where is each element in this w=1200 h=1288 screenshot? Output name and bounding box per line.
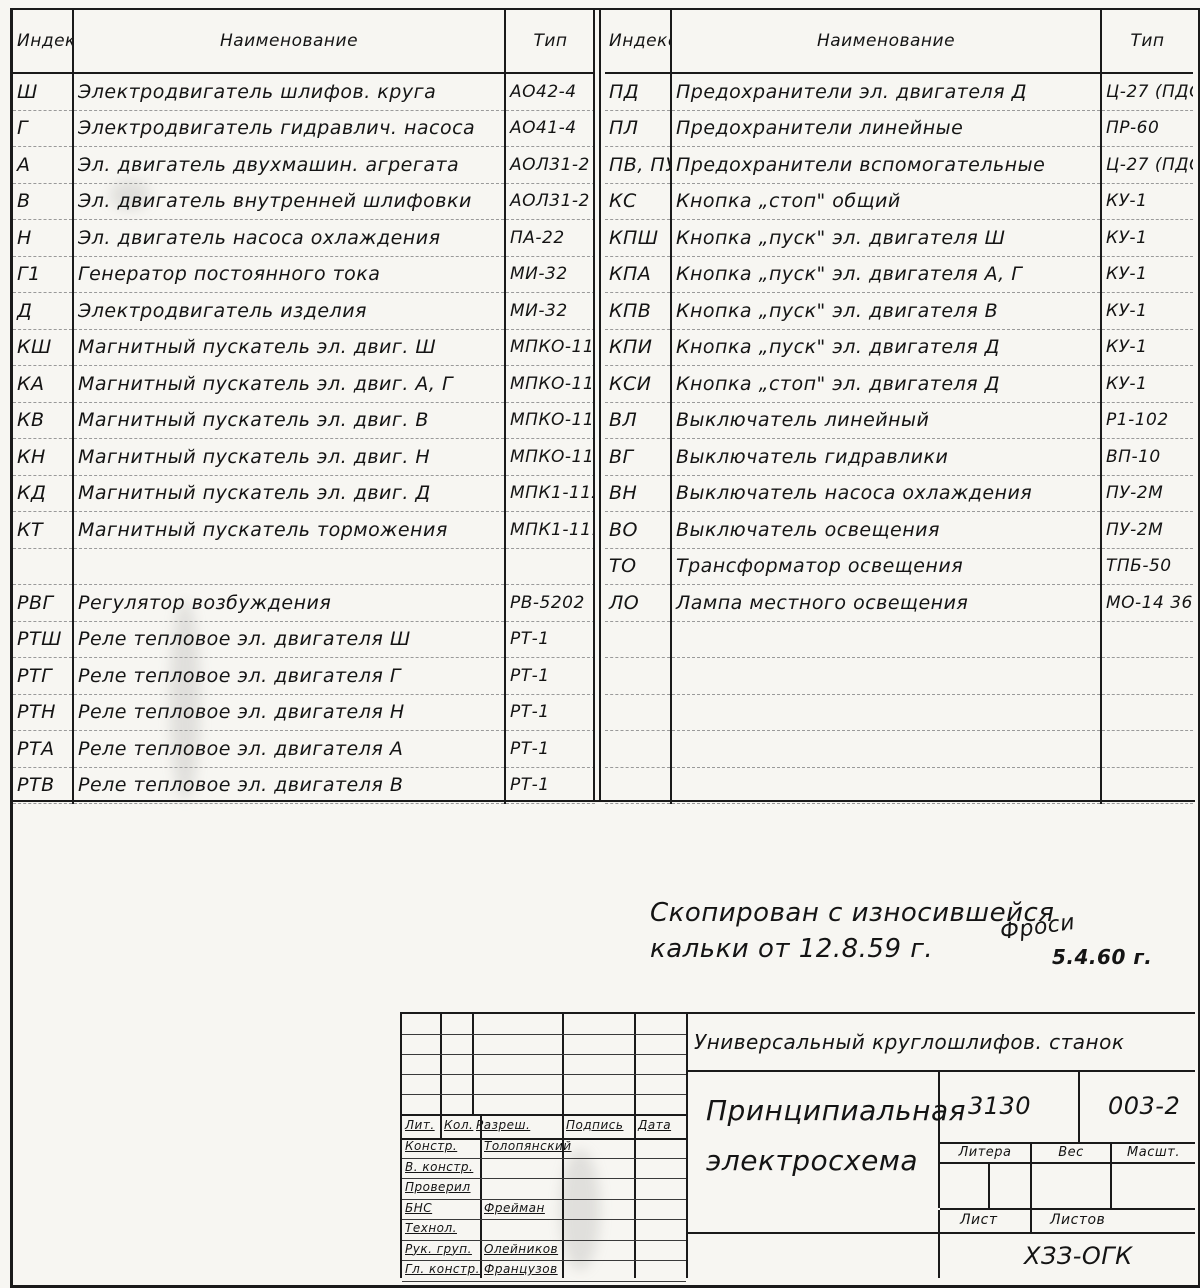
cell-name: Генератор постоянного тока — [73, 256, 505, 293]
table-row: РТАРеле тепловое эл. двигателя АРТ-1 — [13, 731, 595, 768]
cell-type: МПКО-110 — [505, 439, 595, 476]
approval-role: Проверил — [405, 1180, 471, 1194]
copy-note-line1: Скопирован с износившейся — [650, 895, 1054, 931]
cell-type: МПКО-110 — [505, 366, 595, 403]
cell-type: МПК1-111 — [505, 512, 595, 549]
cell-type: РВ-5202 — [505, 585, 595, 622]
table-row: РТНРеле тепловое эл. двигателя НРТ-1 — [13, 694, 595, 731]
table-row: КШМагнитный пускатель эл. двиг. ШМПКО-11… — [13, 329, 595, 366]
approval-name: Толопянский — [484, 1139, 572, 1153]
cell-name: Выключатель гидравлики — [671, 439, 1101, 476]
sheet-cell: Лист — [940, 1210, 1032, 1234]
cell-index: Г — [13, 110, 73, 147]
table-row: КСКнопка „стоп" общийКУ-1 — [605, 183, 1193, 220]
double-divider — [593, 10, 601, 800]
cell-type: МПКО-110 — [505, 402, 595, 439]
cell-index: ПД — [605, 73, 671, 110]
model-number: 3130 — [968, 1092, 1031, 1120]
cell-index: ВО — [605, 512, 671, 549]
cell-index: ПВ, ПУ — [605, 147, 671, 184]
table-row: РВГРегулятор возбужденияРВ-5202 — [13, 585, 595, 622]
table-bottom-rule — [13, 800, 1195, 802]
left-spec-table: Индекс Наименование Тип ШЭлектродвигател… — [13, 10, 595, 804]
table-row: Г1Генератор постоянного токаМИ-32 — [13, 256, 595, 293]
table-row: КПВКнопка „пуск" эл. двигателя ВКУ-1 — [605, 293, 1193, 330]
approval-name: Французов — [484, 1262, 558, 1276]
cell-type: РТ-1 — [505, 731, 595, 768]
product-name: Универсальный круглошлифов. станок — [694, 1030, 1124, 1054]
cell-name — [671, 767, 1101, 804]
cell-index: КПВ — [605, 293, 671, 330]
cell-name: Выключатель линейный — [671, 402, 1101, 439]
approval-row: Проверил — [402, 1179, 686, 1200]
approval-role: Констр. — [405, 1139, 457, 1153]
cell-type: РТ-1 — [505, 694, 595, 731]
cell-index: КС — [605, 183, 671, 220]
cell-name — [671, 621, 1101, 658]
cell-index: КПА — [605, 256, 671, 293]
cell-name: Магнитный пускатель торможения — [73, 512, 505, 549]
model-cell: 3130 — [940, 1072, 1080, 1144]
cell-index: ВН — [605, 475, 671, 512]
table-row: ПЛПредохранители линейныеПР-60 — [605, 110, 1193, 147]
cell-index: Г1 — [13, 256, 73, 293]
header-name: Наименование — [73, 10, 505, 73]
cell-index: КПИ — [605, 329, 671, 366]
scale-cell: Масшт. — [1112, 1144, 1195, 1210]
cell-name: Кнопка „пуск" эл. двигателя В — [671, 293, 1101, 330]
cell-index: ТО — [605, 548, 671, 585]
cell-type — [1101, 767, 1193, 804]
cell-type: КУ-1 — [1101, 220, 1193, 257]
table-row — [13, 548, 595, 585]
cell-name: Магнитный пускатель эл. двиг. Д — [73, 475, 505, 512]
cell-type: Ц-27 (ПДС-2) — [1101, 73, 1193, 110]
table-row: ВНВыключатель насоса охлажденияПУ-2М — [605, 475, 1193, 512]
table-row: КПШКнопка „пуск" эл. двигателя ШКУ-1 — [605, 220, 1193, 257]
cell-index: РТГ — [13, 658, 73, 695]
cell-name: Выключатель освещения — [671, 512, 1101, 549]
approval-row: Технол. — [402, 1220, 686, 1241]
table-row: КАМагнитный пускатель эл. двиг. А, ГМПКО… — [13, 366, 595, 403]
cell-index: КД — [13, 475, 73, 512]
right-table-body: ПДПредохранители эл. двигателя ДЦ-27 (ПД… — [605, 73, 1193, 804]
cell-index — [13, 548, 73, 585]
cell-name: Кнопка „пуск" эл. двигателя Д — [671, 329, 1101, 366]
table-row: РТВРеле тепловое эл. двигателя ВРТ-1 — [13, 767, 595, 804]
left-table-body: ШЭлектродвигатель шлифов. кругаАО42-4ГЭл… — [13, 73, 595, 804]
sheets-label: Листов — [1050, 1212, 1105, 1228]
cell-type — [1101, 694, 1193, 731]
table-row — [605, 621, 1193, 658]
sheets-cell: Листов — [1032, 1210, 1195, 1234]
document-title-line2: электросхема — [706, 1144, 918, 1177]
table-row: ГЭлектродвигатель гидравлич. насосаАО41-… — [13, 110, 595, 147]
cell-index: Н — [13, 220, 73, 257]
cell-index — [605, 694, 671, 731]
cell-type: РТ-1 — [505, 767, 595, 804]
approval-row: Рук. груп.Олейников — [402, 1241, 686, 1262]
table-row: КТМагнитный пускатель торможенияМПК1-111 — [13, 512, 595, 549]
approval-row: Гл. констр.Французов — [402, 1261, 686, 1282]
doc-number: 003-2 — [1108, 1092, 1180, 1120]
table-row: КДМагнитный пускатель эл. двиг. ДМПК1-11… — [13, 475, 595, 512]
table-row — [605, 658, 1193, 695]
approval-role: Рук. груп. — [405, 1242, 472, 1256]
cell-type: ПР-60 — [1101, 110, 1193, 147]
cell-type: ПУ-2М — [1101, 475, 1193, 512]
cell-name: Электродвигатель гидравлич. насоса — [73, 110, 505, 147]
doc-number-cell: 003-2 — [1080, 1072, 1195, 1144]
table-header-row: Индекс Наименование Тип — [13, 10, 595, 73]
table-row: ЛОЛампа местного освещенияМО-14 36 В. 50… — [605, 585, 1193, 622]
cell-index — [605, 731, 671, 768]
cell-type — [1101, 621, 1193, 658]
cell-type: МПК1-112 — [505, 475, 595, 512]
cell-name: Электродвигатель шлифов. круга — [73, 73, 505, 110]
litera-cell: Литера — [940, 1144, 1032, 1210]
cell-index: КН — [13, 439, 73, 476]
cell-type: КУ-1 — [1101, 329, 1193, 366]
cell-name: Кнопка „пуск" эл. двигателя А, Г — [671, 256, 1101, 293]
table-row: РТШРеле тепловое эл. двигателя ШРТ-1 — [13, 621, 595, 658]
title-block-main: Универсальный круглошлифов. станок Принц… — [686, 1014, 1195, 1278]
approval-row: Констр.Толопянский — [402, 1138, 686, 1159]
cell-index: КА — [13, 366, 73, 403]
header-index: Индекс — [13, 10, 73, 73]
cell-name: Регулятор возбуждения — [73, 585, 505, 622]
title-block: Лит. Кол. Разреш. Подпись Дата Констр.То… — [400, 1012, 1195, 1278]
cell-type: АОЛ31-2 — [505, 183, 595, 220]
table-row: НЭл. двигатель насоса охлажденияПА-22 — [13, 220, 595, 257]
cell-type: МИ-32 — [505, 256, 595, 293]
cell-name: Предохранители вспомогательные — [671, 147, 1101, 184]
cell-index: ПЛ — [605, 110, 671, 147]
cell-index: КСИ — [605, 366, 671, 403]
cell-name: Лампа местного освещения — [671, 585, 1101, 622]
table-row: ВОВыключатель освещенияПУ-2М — [605, 512, 1193, 549]
approval-role: Технол. — [405, 1221, 457, 1235]
cell-name: Кнопка „пуск" эл. двигателя Ш — [671, 220, 1101, 257]
cell-index: А — [13, 147, 73, 184]
col-kol: Кол. — [444, 1118, 473, 1132]
approval-row: В. констр. — [402, 1159, 686, 1180]
cell-type: Р1-102 — [1101, 402, 1193, 439]
cell-type: АОЛ31-2 — [505, 147, 595, 184]
cell-type: МПКО-110 — [505, 329, 595, 366]
cell-type: ВП-10 — [1101, 439, 1193, 476]
table-row: КПИКнопка „пуск" эл. двигателя ДКУ-1 — [605, 329, 1193, 366]
cell-type: РТ-1 — [505, 658, 595, 695]
cell-index: РТВ — [13, 767, 73, 804]
cell-index: КШ — [13, 329, 73, 366]
table-row: ПВ, ПУПредохранители вспомогательныеЦ-27… — [605, 147, 1193, 184]
table-row: ТОТрансформатор освещенияТПБ-50 — [605, 548, 1193, 585]
approval-row: БНСФрейман — [402, 1200, 686, 1221]
cell-index: ВГ — [605, 439, 671, 476]
cell-type: КУ-1 — [1101, 256, 1193, 293]
cell-name: Реле тепловое эл. двигателя Г — [73, 658, 505, 695]
cell-index: КВ — [13, 402, 73, 439]
weight-label: Вес — [1032, 1145, 1110, 1164]
litera-label: Литера — [940, 1145, 1030, 1164]
document-title-cell: Принципиальная электросхема — [686, 1072, 940, 1208]
table-row — [605, 767, 1193, 804]
cell-index — [605, 658, 671, 695]
document-title-line1: Принципиальная — [706, 1094, 966, 1127]
header-index: Индекс — [605, 10, 671, 73]
approval-role: Гл. констр. — [405, 1262, 480, 1276]
cell-type — [1101, 731, 1193, 768]
table-row — [605, 694, 1193, 731]
cell-name: Кнопка „стоп" эл. двигателя Д — [671, 366, 1101, 403]
cell-index — [605, 621, 671, 658]
copy-note-line2: кальки от 12.8.59 г. — [650, 931, 1054, 967]
cell-index: ВЛ — [605, 402, 671, 439]
header-name: Наименование — [671, 10, 1101, 73]
cell-name — [671, 731, 1101, 768]
cell-index: Ш — [13, 73, 73, 110]
approval-name: Фрейман — [484, 1201, 545, 1215]
cell-type: КУ-1 — [1101, 293, 1193, 330]
cell-name: Электродвигатель изделия — [73, 293, 505, 330]
cell-index: В — [13, 183, 73, 220]
cell-name: Магнитный пускатель эл. двиг. В — [73, 402, 505, 439]
header-type: Тип — [505, 10, 595, 73]
table-row: РТГРеле тепловое эл. двигателя ГРТ-1 — [13, 658, 595, 695]
cell-type: РТ-1 — [505, 621, 595, 658]
cell-type: КУ-1 — [1101, 366, 1193, 403]
cell-name: Предохранители линейные — [671, 110, 1101, 147]
cell-name: Магнитный пускатель эл. двиг. Н — [73, 439, 505, 476]
cell-name: Кнопка „стоп" общий — [671, 183, 1101, 220]
organization-cell: ХЗЗ-ОГК — [940, 1234, 1195, 1278]
approvals-header: Лит. Кол. Разреш. Подпись Дата — [402, 1114, 686, 1140]
cell-type: ТПБ-50 — [1101, 548, 1193, 585]
revision-grid — [402, 1014, 686, 1114]
cell-name: Реле тепловое эл. двигателя А — [73, 731, 505, 768]
cell-name: Реле тепловое эл. двигателя В — [73, 767, 505, 804]
cell-index: РВГ — [13, 585, 73, 622]
approval-name: Олейников — [484, 1242, 558, 1256]
cell-type: КУ-1 — [1101, 183, 1193, 220]
table-row: ВГВыключатель гидравликиВП-10 — [605, 439, 1193, 476]
cell-name: Эл. двигатель насоса охлаждения — [73, 220, 505, 257]
table-row: ДЭлектродвигатель изделияМИ-32 — [13, 293, 595, 330]
table-row: ВЭл. двигатель внутренней шлифовкиАОЛ31-… — [13, 183, 595, 220]
cell-name — [671, 694, 1101, 731]
right-spec-table: Индекс Наименование Тип ПДПредохранители… — [605, 10, 1193, 804]
cell-index — [605, 767, 671, 804]
table-row: ШЭлектродвигатель шлифов. кругаАО42-4 — [13, 73, 595, 110]
table-row: ВЛВыключатель линейныйР1-102 — [605, 402, 1193, 439]
cell-index: КПШ — [605, 220, 671, 257]
cell-name: Магнитный пускатель эл. двиг. А, Г — [73, 366, 505, 403]
cell-name: Эл. двигатель двухмашин. агрегата — [73, 147, 505, 184]
table-row — [605, 731, 1193, 768]
scale-label: Масшт. — [1112, 1145, 1195, 1164]
table-header-row: Индекс Наименование Тип — [605, 10, 1193, 73]
cell-index: РТН — [13, 694, 73, 731]
col-data: Дата — [638, 1118, 671, 1132]
sheet-label: Лист — [960, 1212, 997, 1228]
cell-type — [505, 548, 595, 585]
cell-type: АО42-4 — [505, 73, 595, 110]
cell-type: МИ-32 — [505, 293, 595, 330]
cell-name: Эл. двигатель внутренней шлифовки — [73, 183, 505, 220]
cell-name: Реле тепловое эл. двигателя Ш — [73, 621, 505, 658]
cell-name: Магнитный пускатель эл. двиг. Ш — [73, 329, 505, 366]
cell-name: Выключатель насоса охлаждения — [671, 475, 1101, 512]
col-razresh: Разреш. — [476, 1118, 530, 1132]
cell-name: Предохранители эл. двигателя Д — [671, 73, 1101, 110]
table-row: КСИКнопка „стоп" эл. двигателя ДКУ-1 — [605, 366, 1193, 403]
weight-cell: Вес — [1032, 1144, 1112, 1210]
table-row: ПДПредохранители эл. двигателя ДЦ-27 (ПД… — [605, 73, 1193, 110]
product-name-cell: Универсальный круглошлифов. станок — [686, 1014, 1195, 1072]
approvals-rows: Констр.ТолопянскийВ. констр.ПроверилБНСФ… — [402, 1138, 686, 1282]
table-row: КВМагнитный пускатель эл. двиг. ВМПКО-11… — [13, 402, 595, 439]
cell-type: Ц-27 (ПДС-2) — [1101, 147, 1193, 184]
cell-name — [73, 548, 505, 585]
cell-type — [1101, 658, 1193, 695]
cell-type: МО-14 36 В. 50 ватт — [1101, 585, 1193, 622]
title-block-approvals: Лит. Кол. Разреш. Подпись Дата Констр.То… — [402, 1014, 688, 1278]
cell-index: РТШ — [13, 621, 73, 658]
cell-index: РТА — [13, 731, 73, 768]
cell-name — [671, 658, 1101, 695]
table-row: КНМагнитный пускатель эл. двиг. НМПКО-11… — [13, 439, 595, 476]
cell-index: ЛО — [605, 585, 671, 622]
table-row: АЭл. двигатель двухмашин. агрегатаАОЛ31-… — [13, 147, 595, 184]
cell-index: КТ — [13, 512, 73, 549]
cell-type: ПУ-2М — [1101, 512, 1193, 549]
approval-role: БНС — [405, 1201, 432, 1215]
blank-cell — [686, 1210, 940, 1234]
approval-role: В. констр. — [405, 1160, 473, 1174]
signature-date: 5.4.60 г. — [1052, 945, 1152, 969]
cell-name: Реле тепловое эл. двигателя Н — [73, 694, 505, 731]
col-podpis: Подпись — [566, 1118, 623, 1132]
cell-type: ПА-22 — [505, 220, 595, 257]
organization-code: ХЗЗ-ОГК — [1024, 1242, 1133, 1270]
copy-note: Скопирован с износившейся кальки от 12.8… — [650, 895, 1054, 967]
cell-index: Д — [13, 293, 73, 330]
cell-name: Трансформатор освещения — [671, 548, 1101, 585]
cell-type: АО41-4 — [505, 110, 595, 147]
col-lit: Лит. — [405, 1118, 435, 1132]
table-row: КПАКнопка „пуск" эл. двигателя А, ГКУ-1 — [605, 256, 1193, 293]
blank-cell — [686, 1234, 940, 1278]
header-type: Тип — [1101, 10, 1193, 73]
